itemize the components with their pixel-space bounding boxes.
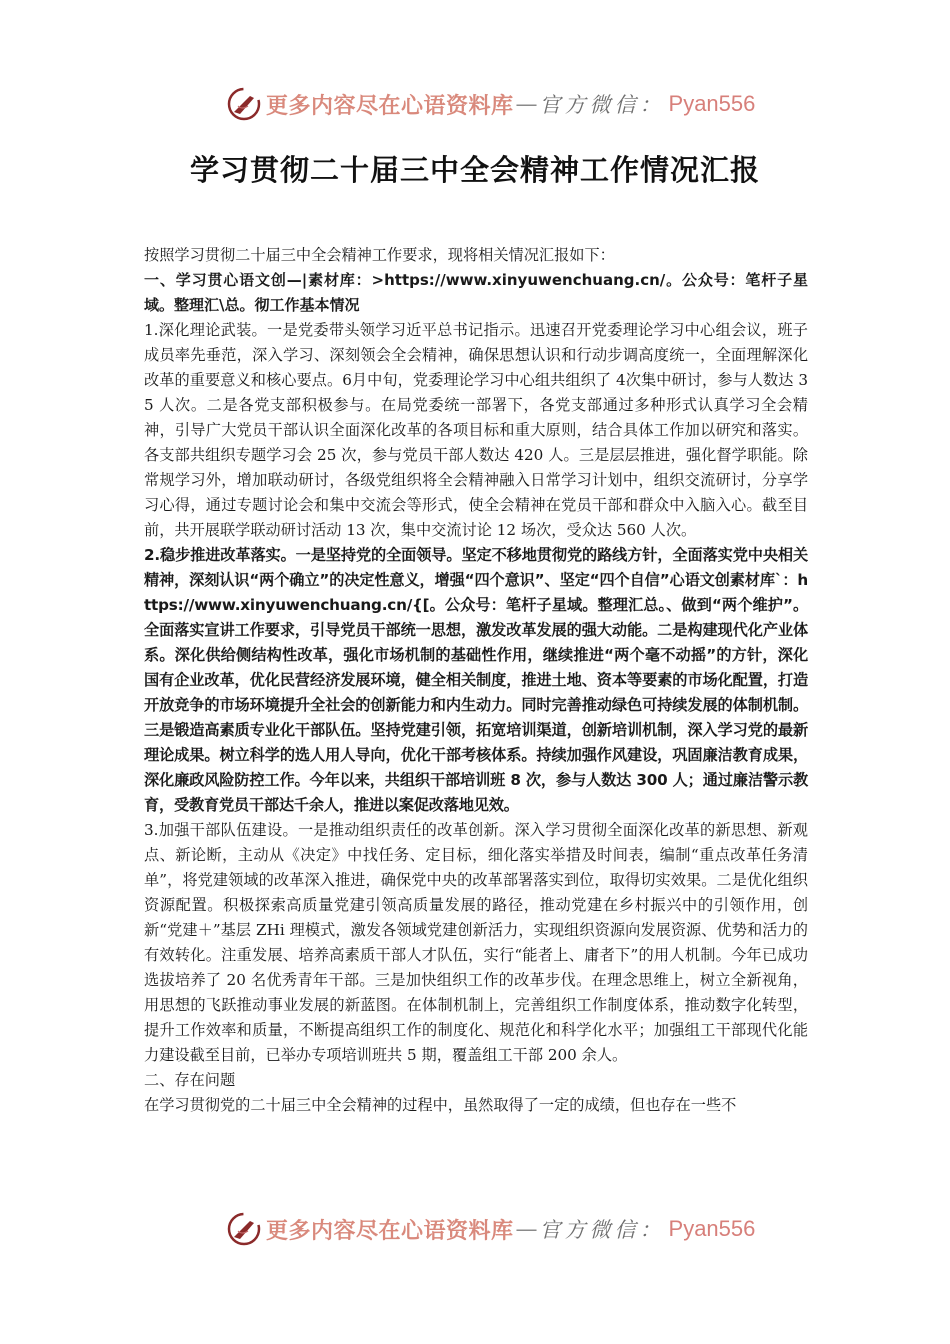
quill-logo-icon xyxy=(226,86,262,122)
paragraph-3: 3.加强干部队伍建设。一是推动组织责任的改革创新。深入学习贯彻全面深化改革的新思… xyxy=(144,818,808,1068)
watermark-wechat-id: Pyan556 xyxy=(669,91,756,117)
section2-paragraph: 在学习贯彻党的二十届三中全会精神的过程中，虽然取得了一定的成绩，但也存在一些不 xyxy=(144,1093,808,1118)
section1-heading: 一、学习贯心语文创—|素材库：>https://www.xinyuwenchua… xyxy=(144,268,808,318)
intro-paragraph: 按照学习贯彻二十届三中全会精神工作要求，现将相关情况汇报如下： xyxy=(144,243,808,268)
watermark-wechat-label: 官方微信： xyxy=(540,89,665,119)
section2-heading: 二、存在问题 xyxy=(144,1068,808,1093)
watermark-banner-bottom: 更多内容尽在心语资料库 — 官方微信： Pyan556 xyxy=(226,1207,755,1251)
paragraph-2: 2.稳步推进改革落实。一是坚持党的全面领导。坚定不移地贯彻党的路线方针，全面落实… xyxy=(144,543,808,818)
document-title: 学习贯彻二十届三中全会精神工作情况汇报 xyxy=(0,148,950,189)
document-body: 按照学习贯彻二十届三中全会精神工作要求，现将相关情况汇报如下： 一、学习贯心语文… xyxy=(144,243,808,1118)
watermark-dash: — xyxy=(516,92,538,117)
watermark-wechat-label: 官方微信： xyxy=(540,1214,665,1244)
watermark-brand-text: 更多内容尽在心语资料库 xyxy=(266,89,514,120)
watermark-banner-top: 更多内容尽在心语资料库 — 官方微信： Pyan556 xyxy=(226,82,755,126)
watermark-dash: — xyxy=(516,1217,538,1242)
paragraph-1: 1.深化理论武装。一是党委带头领学习近平总书记指示。迅速召开党委理论学习中心组会… xyxy=(144,318,808,543)
quill-logo-icon xyxy=(226,1211,262,1247)
watermark-wechat-id: Pyan556 xyxy=(669,1216,756,1242)
watermark-brand-text: 更多内容尽在心语资料库 xyxy=(266,1214,514,1245)
